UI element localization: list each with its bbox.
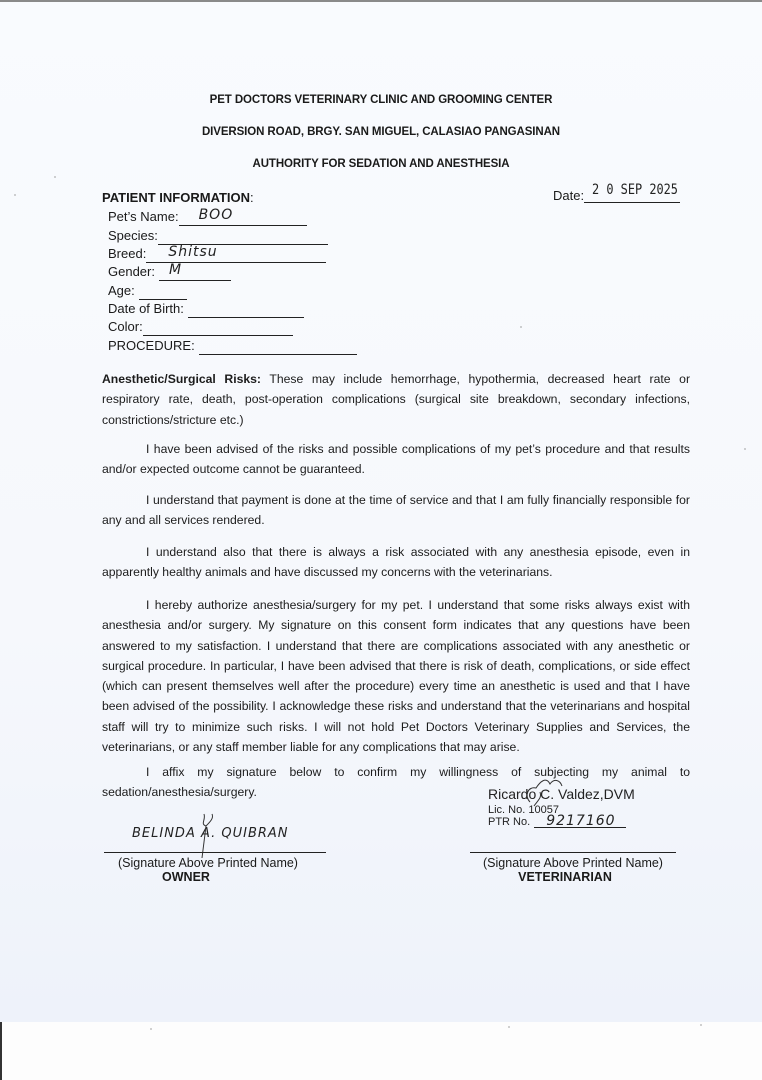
owner-role: OWNER (60, 870, 312, 884)
owner-signature-line (104, 852, 326, 853)
owner-signature-stroke-icon (196, 812, 220, 862)
field-species[interactable]: Species: (108, 227, 328, 245)
field-color[interactable]: Color: (108, 318, 293, 336)
clinic-address: DIVERSION ROAD, BRGY. SAN MIGUEL, CALASI… (0, 126, 762, 138)
patient-info-heading: PATIENT INFORMATION: (102, 190, 254, 205)
field-pet-name[interactable]: Pet’s Name:BOO (108, 208, 307, 226)
clinic-name: PET DOCTORS VETERINARY CLINIC AND GROOMI… (0, 94, 762, 106)
scan-speck (520, 326, 522, 328)
scan-speck (150, 1028, 152, 1030)
field-breed[interactable]: Breed:Shitsu (108, 245, 326, 263)
gender-value: M (169, 261, 182, 279)
field-date-of-birth[interactable]: Date of Birth: (108, 300, 304, 318)
scan-background (0, 1022, 762, 1080)
scan-speck (14, 194, 16, 196)
vet-signature-line (470, 852, 676, 853)
paragraph-authorization: I hereby authorize anesthesia/surgery fo… (102, 595, 690, 757)
vet-role: VETERINARIAN (452, 870, 678, 884)
date-label: Date: (553, 188, 584, 203)
scan-speck (744, 448, 746, 450)
vet-signature-scribble-icon (520, 772, 570, 808)
scan-speck (54, 176, 56, 178)
paragraph-risk-anesthesia: I understand also that there is always a… (102, 542, 690, 583)
scan-speck (508, 1026, 510, 1028)
date-field[interactable]: Date:2 0 SEP 2025 (553, 184, 680, 203)
owner-signature-caption: (Signature Above Printed Name) OWNER (104, 856, 312, 884)
pet-name-value: BOO (199, 206, 234, 224)
risks-paragraph: Anesthetic/Surgical Risks: These may inc… (102, 369, 690, 430)
field-procedure[interactable]: PROCEDURE: (108, 337, 357, 355)
ptr-number-value: 9217160 (546, 815, 615, 827)
paragraph-advised: I have been advised of the risks and pos… (102, 439, 690, 480)
field-age[interactable]: Age: (108, 282, 187, 300)
vet-signature-caption: (Signature Above Printed Name) VETERINAR… (468, 856, 678, 884)
field-gender[interactable]: Gender:M (108, 263, 231, 281)
scan-speck (700, 1024, 702, 1026)
risks-label: Anesthetic/Surgical Risks: (102, 372, 261, 386)
breed-value: Shitsu (168, 243, 217, 261)
paragraph-payment: I understand that payment is done at the… (102, 490, 690, 531)
date-stamp-value: 2 0 SEP 2025 (592, 182, 678, 198)
form-title: AUTHORITY FOR SEDATION AND ANESTHESIA (0, 158, 762, 170)
